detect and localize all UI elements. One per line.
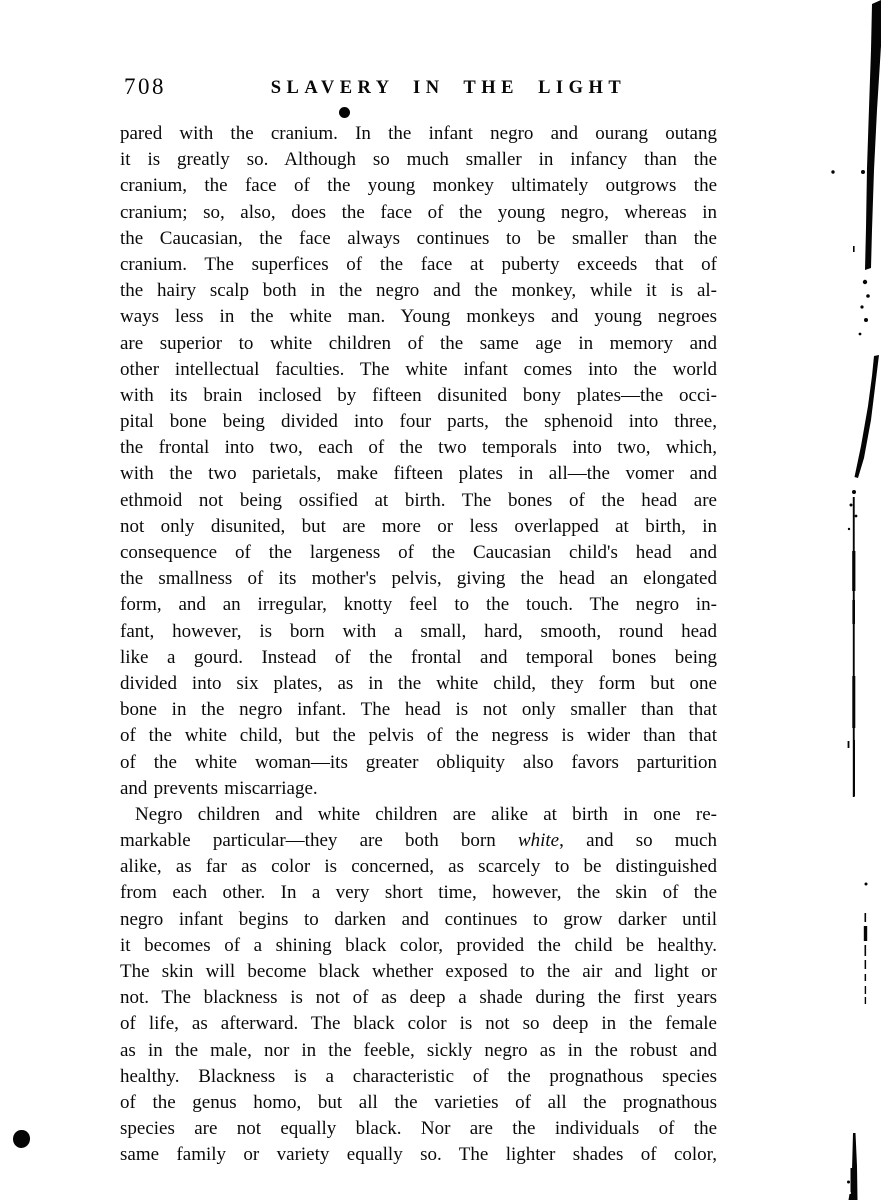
text-line: form, and an irregular, knotty feel to t… — [120, 592, 717, 618]
text-line: species are not equally black. Nor are t… — [120, 1116, 717, 1142]
text-line: ethmoid not being ossified at birth. The… — [120, 488, 717, 514]
text-line: the Caucasian, the face always continues… — [120, 226, 717, 252]
text-line: pared with the cranium. In the infant ne… — [120, 121, 717, 147]
text-line: same family or variety equally so. The l… — [120, 1142, 717, 1168]
running-header: SLAVERY IN THE LIGHT — [8, 78, 881, 99]
text-line: it becomes of a shining black color, pro… — [120, 933, 717, 959]
text-line: of the white child, but the pelvis of th… — [120, 723, 717, 749]
text-line: are superior to white children of the sa… — [120, 331, 717, 357]
paragraph-1-lines: pared with the cranium. In the infant ne… — [120, 121, 717, 776]
text-line: Negro children and white children are al… — [120, 802, 717, 828]
text-line: the smallness of its mother's pelvis, gi… — [120, 566, 717, 592]
body-text: pared with the cranium. In the infant ne… — [120, 121, 717, 1169]
text-line: ways less in the white man. Young monkey… — [120, 304, 717, 330]
paragraph-2-lines: alike, as far as color is concerned, as … — [120, 854, 717, 1168]
text-line: as in the male, nor in the feeble, sickl… — [120, 1038, 717, 1064]
text-line: bone in the negro infant. The head is no… — [120, 697, 717, 723]
text-line: not only disunited, but are more or less… — [120, 514, 717, 540]
text-line: negro infant begins to darken and contin… — [120, 907, 717, 933]
text-line: of life, as afterward. The black color i… — [120, 1011, 717, 1037]
text-line: cranium, the face of the young monkey ul… — [120, 173, 717, 199]
paragraph-2: Negro children and white children are al… — [120, 802, 717, 1169]
ink-blot — [13, 1130, 30, 1148]
separator-dot-icon — [339, 107, 350, 118]
text-line: consequence of the largeness of the Cauc… — [120, 540, 717, 566]
text-line: fant, however, is born with a small, har… — [120, 619, 717, 645]
text-line: markable particular—they are both born w… — [120, 828, 717, 854]
text-line: like a gourd. Instead of the frontal and… — [120, 645, 717, 671]
text-segment: markable particular—they are both born — [120, 830, 518, 851]
text-line: cranium. The superfices of the face at p… — [120, 252, 717, 278]
text-line: with the two parietals, make fifteen pla… — [120, 461, 717, 487]
text-segment: , and so much — [559, 830, 717, 851]
text-line: cranium; so, also, does the face of the … — [120, 200, 717, 226]
text-line: the frontal into two, each of the two te… — [120, 435, 717, 461]
text-line: the hairy scalp both in the negro and th… — [120, 278, 717, 304]
text-line: of the white woman—its greater obliquity… — [120, 750, 717, 776]
paragraph-1: pared with the cranium. In the infant ne… — [120, 121, 717, 802]
text-line: and prevents miscarriage. — [120, 776, 717, 802]
text-line: with its brain inclosed by fifteen disun… — [120, 383, 717, 409]
text-line: divided into six plates, as in the white… — [120, 671, 717, 697]
text-line: healthy. Blackness is a characteristic o… — [120, 1064, 717, 1090]
text-line: not. The blackness is not of as deep a s… — [120, 985, 717, 1011]
text-line: it is greatly so. Although so much small… — [120, 147, 717, 173]
italic-word: white — [518, 830, 559, 851]
text-line: of the genus homo, but all the varieties… — [120, 1090, 717, 1116]
text-line: alike, as far as color is concerned, as … — [120, 854, 717, 880]
text-line: The skin will become black whether expos… — [120, 959, 717, 985]
text-line: from each other. In a very short time, h… — [120, 880, 717, 906]
text-line: pital bone being divided into four parts… — [120, 409, 717, 435]
book-page: 708 SLAVERY IN THE LIGHT pared with the … — [0, 0, 881, 1200]
text-line: other intellectual faculties. The white … — [120, 357, 717, 383]
